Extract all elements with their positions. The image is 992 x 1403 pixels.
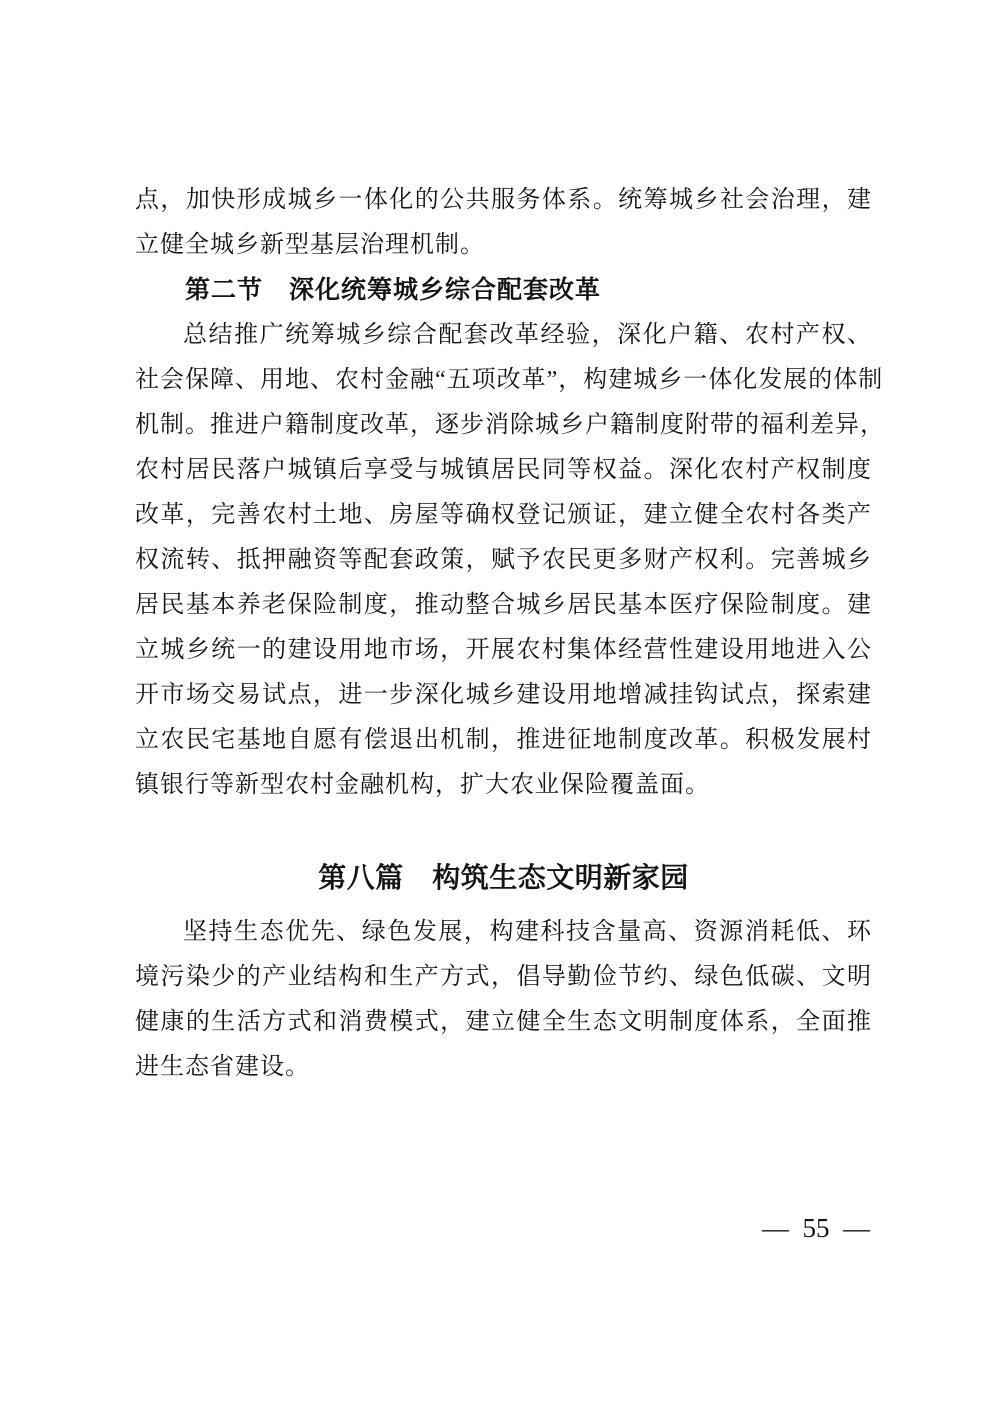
body-line: 机制。推进户籍制度改革，逐步消除城乡户籍制度附带的福利差异， <box>135 403 872 448</box>
body-line: 改革，完善农村土地、房屋等确权登记颁证，建立健全农村各类产 <box>135 493 872 538</box>
body-line: 镇银行等新型农村金融机构，扩大农业保险覆盖面。 <box>135 763 872 808</box>
body-line: 农村居民落户城镇后享受与城镇居民同等权益。深化农村产权制度 <box>135 448 872 493</box>
body-line: 点，加快形成城乡一体化的公共服务体系。统筹城乡社会治理，建 <box>135 178 872 223</box>
page-number: — 55 — <box>762 1212 870 1244</box>
body-line: 立健全城乡新型基层治理机制。 <box>135 223 872 268</box>
section-paragraph: 总结推广统筹城乡综合配套改革经验，深化户籍、农村产权、 社会保障、用地、农村金融… <box>135 313 872 808</box>
continued-paragraph: 点，加快形成城乡一体化的公共服务体系。统筹城乡社会治理，建 立健全城乡新型基层治… <box>135 178 872 268</box>
body-line: 总结推广统筹城乡综合配套改革经验，深化户籍、农村产权、 <box>135 313 872 358</box>
page-content: 点，加快形成城乡一体化的公共服务体系。统筹城乡社会治理，建 立健全城乡新型基层治… <box>135 178 872 1090</box>
body-line: 境污染少的产业结构和生产方式，倡导勤俭节约、绿色低碳、文明 <box>135 955 872 1000</box>
body-line: 开市场交易试点，进一步深化城乡建设用地增减挂钩试点，探索建 <box>135 673 872 718</box>
document-page: 点，加快形成城乡一体化的公共服务体系。统筹城乡社会治理，建 立健全城乡新型基层治… <box>0 0 992 1403</box>
body-line: 权流转、抵押融资等配套政策，赋予农民更多财产权利。完善城乡 <box>135 538 872 583</box>
body-line: 健康的生活方式和消费模式，建立健全生态文明制度体系，全面推 <box>135 1000 872 1045</box>
part-paragraph: 坚持生态优先、绿色发展，构建科技含量高、资源消耗低、环 境污染少的产业结构和生产… <box>135 910 872 1090</box>
body-line: 立农民宅基地自愿有偿退出机制，推进征地制度改革。积极发展村 <box>135 718 872 763</box>
section-heading: 第二节 深化统筹城乡综合配套改革 <box>135 268 872 313</box>
part-heading: 第八篇 构筑生态文明新家园 <box>135 855 872 900</box>
body-line: 社会保障、用地、农村金融“五项改革”，构建城乡一体化发展的体制 <box>135 358 872 403</box>
body-line: 进生态省建设。 <box>135 1045 872 1090</box>
body-line: 坚持生态优先、绿色发展，构建科技含量高、资源消耗低、环 <box>135 910 872 955</box>
body-line: 立城乡统一的建设用地市场，开展农村集体经营性建设用地进入公 <box>135 628 872 673</box>
body-line: 居民基本养老保险制度，推动整合城乡居民基本医疗保险制度。建 <box>135 583 872 628</box>
